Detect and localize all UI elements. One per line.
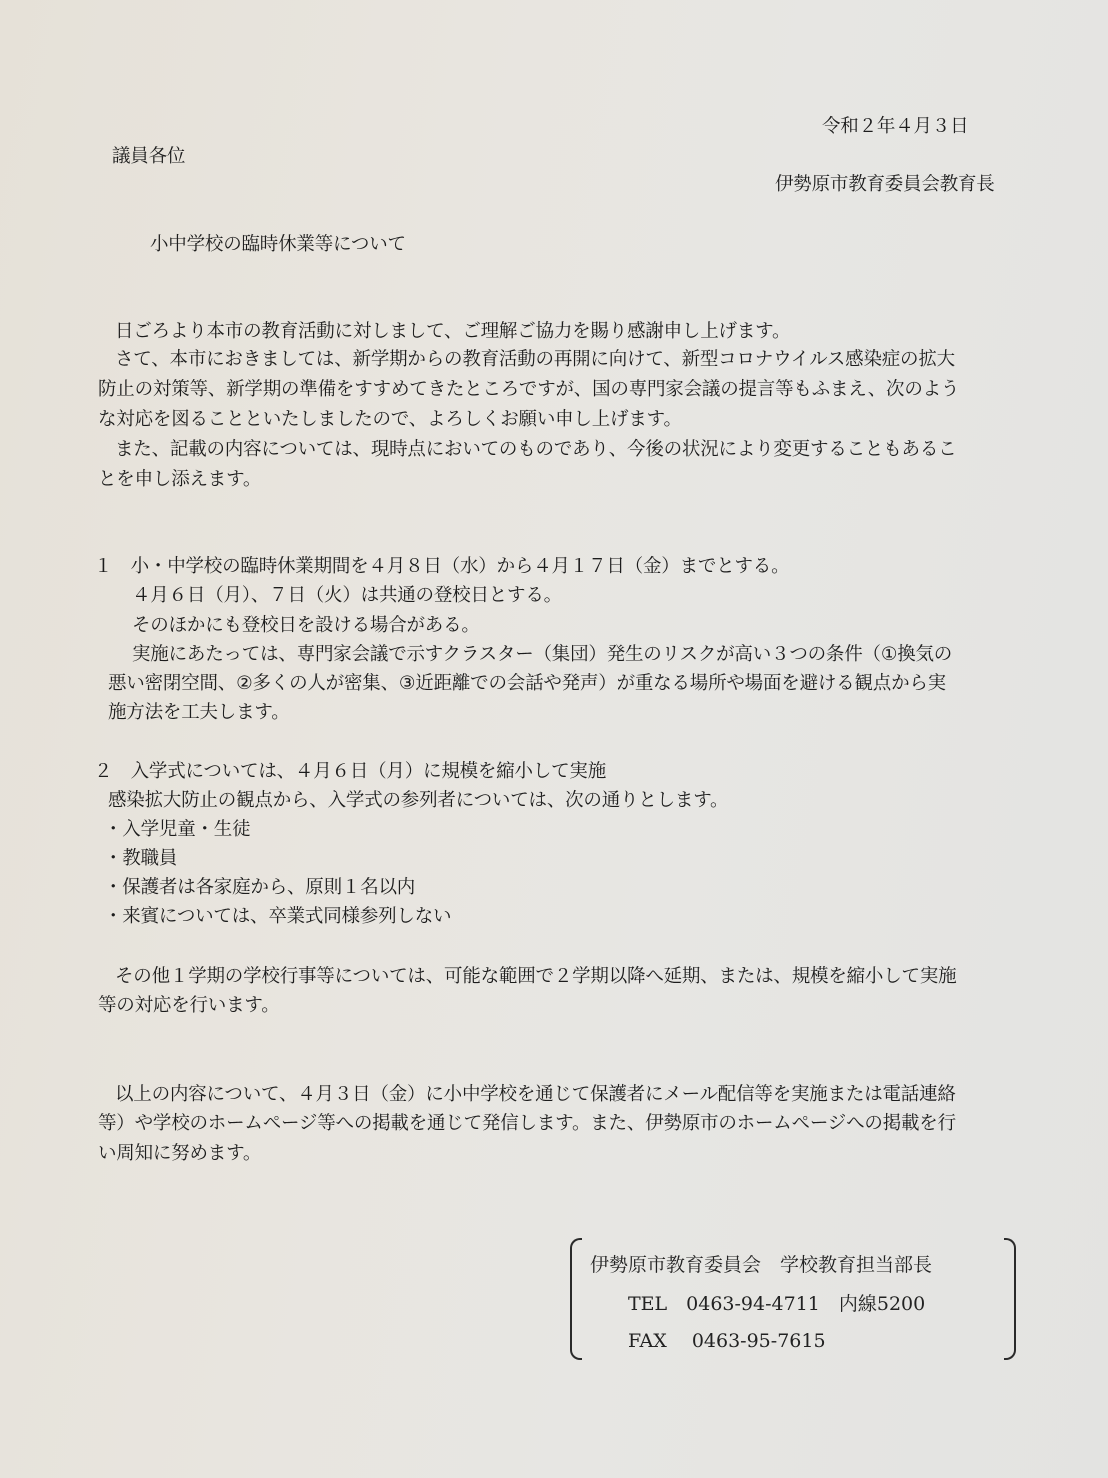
- notification-line: い周知に努めます。: [98, 1145, 261, 1164]
- section-2-intro: 感染拡大防止の観点から、入学式の参列者については、次の通りとします。: [108, 792, 728, 811]
- intro-line: な対応を図ることといたしましたので、よろしくお願い申し上げます。: [98, 411, 682, 430]
- other-events-line: 等の対応を行います。: [98, 997, 280, 1016]
- other-events-line: その他１学期の学校行事等については、可能な範囲で２学期以降へ延期、または、規模を…: [115, 968, 956, 987]
- section-1-heading: １ 小・中学校の臨時休業期間を４月８日（水）から４月１７日（金）までとする。: [94, 558, 789, 577]
- addressee: 議員各位: [112, 148, 185, 167]
- document-date: 令和２年４月３日: [822, 118, 968, 137]
- contact-tel: TEL 0463-94-4711 内線5200: [628, 1295, 925, 1314]
- document-page: 令和２年４月３日 議員各位 伊勢原市教育委員会教育長 小中学校の臨時休業等につい…: [0, 0, 1108, 1478]
- intro-line: さて、本市におきましては、新学期からの教育活動の再開に向けて、新型コロナウイルス…: [115, 351, 955, 370]
- intro-line: 防止の対策等、新学期の準備をすすめてきたところですが、国の専門家会議の提言等もふ…: [98, 381, 959, 400]
- intro-line: とを申し添えます。: [98, 471, 261, 490]
- section-2-heading: ２ 入学式については、４月６日（月）に規模を縮小して実施: [94, 763, 606, 782]
- contact-box: 伊勢原市教育委員会 学校教育担当部長 TEL 0463-94-4711 内線52…: [570, 1238, 1016, 1356]
- section-1-line: 実施にあたっては、専門家会議で示すクラスター（集団）発生のリスクが高い３つの条件…: [132, 646, 952, 665]
- section-1-line: そのほかにも登校日を設ける場合がある。: [132, 617, 480, 636]
- attendee-bullet: ・来賓については、卒業式同様参列しない: [104, 908, 451, 927]
- notification-line: 以上の内容について、４月３日（金）に小中学校を通じて保護者にメール配信等を実施ま…: [115, 1086, 956, 1105]
- document-subject: 小中学校の臨時休業等について: [150, 236, 406, 255]
- section-1-line: 施方法を工夫します。: [108, 704, 290, 723]
- contact-fax: FAX 0463-95-7615: [628, 1332, 826, 1351]
- sender: 伊勢原市教育委員会教育長: [775, 176, 995, 195]
- attendee-bullet: ・教職員: [104, 850, 177, 869]
- left-bracket: [570, 1238, 582, 1360]
- section-1-line: ４月６日（月）、７日（火）は共通の登校日とする。: [132, 587, 562, 606]
- notification-line: 等）や学校のホームページ等への掲載を通じて発信します。また、伊勢原市のホームペー…: [98, 1115, 956, 1134]
- right-bracket: [1004, 1238, 1016, 1360]
- intro-line: また、記載の内容については、現時点においてのものであり、今後の状況により変更する…: [115, 441, 956, 460]
- attendee-bullet: ・入学児童・生徒: [104, 821, 250, 840]
- section-1-line: 悪い密閉空間、②多くの人が密集、③近距離での会話や発声）が重なる場所や場面を避け…: [108, 675, 946, 694]
- contact-department: 伊勢原市教育委員会 学校教育担当部長: [590, 1256, 932, 1275]
- attendee-bullet: ・保護者は各家庭から、原則１名以内: [104, 879, 415, 898]
- intro-line: 日ごろより本市の教育活動に対しまして、ご理解ご協力を賜り感謝申し上げます。: [115, 323, 790, 342]
